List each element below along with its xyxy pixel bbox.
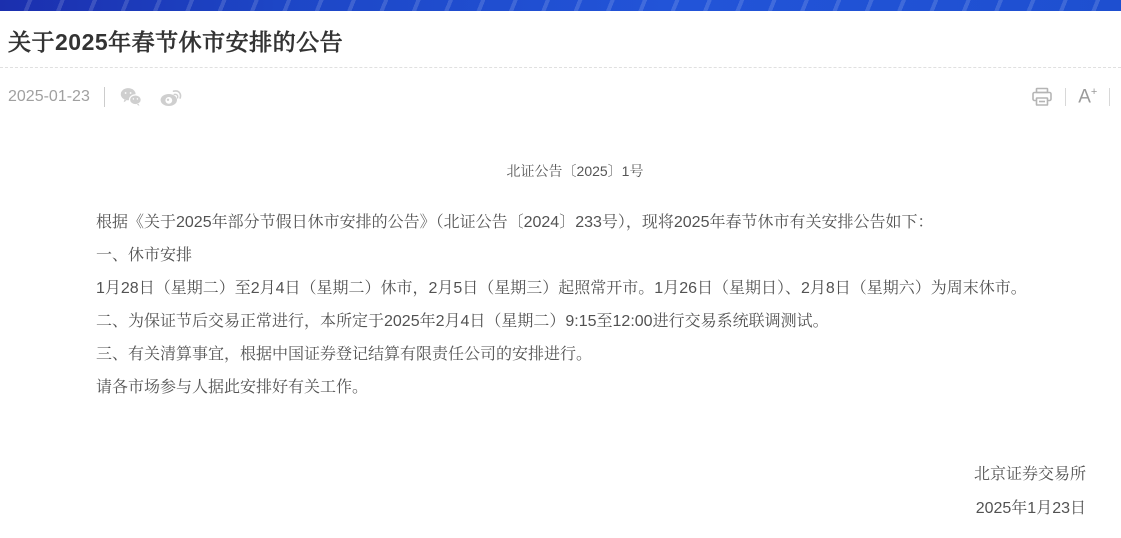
paragraph: 三、有关清算事宜，根据中国证券登记结算有限责任公司的安排进行。 bbox=[64, 338, 1086, 371]
page-title: 关于2025年春节休市安排的公告 bbox=[8, 24, 1111, 57]
print-icon[interactable] bbox=[1031, 87, 1053, 107]
page-tools: A+ A bbox=[1031, 87, 1121, 107]
divider bbox=[1109, 88, 1110, 106]
signature-org: 北京证券交易所 bbox=[64, 458, 1086, 492]
divider bbox=[1065, 88, 1066, 106]
font-increase-label: A bbox=[1078, 87, 1091, 108]
signature-block: 北京证券交易所 2025年1月23日 bbox=[64, 458, 1086, 526]
paragraph: 1月28日（星期二）至2月4日（星期二）休市，2月5日（星期三）起照常开市。1月… bbox=[64, 272, 1086, 305]
meta-row: 2025-01-23 bbox=[0, 68, 1121, 126]
announcement-body: 北证公告〔2025〕1号 根据《关于2025年部分节假日休市安排的公告》（北证公… bbox=[0, 126, 1121, 526]
font-increase-button[interactable]: A+ bbox=[1078, 87, 1097, 106]
paragraph: 一、休市安排 bbox=[64, 239, 1086, 272]
title-bar: 关于2025年春节休市安排的公告 bbox=[0, 11, 1121, 68]
weibo-share-icon[interactable] bbox=[159, 86, 183, 108]
divider bbox=[104, 87, 105, 107]
wechat-share-icon[interactable] bbox=[119, 86, 143, 108]
font-increase-sign: + bbox=[1091, 86, 1097, 98]
signature-date: 2025年1月23日 bbox=[64, 492, 1086, 526]
paragraph: 请各市场参与人据此安排好有关工作。 bbox=[64, 371, 1086, 404]
doc-number: 北证公告〔2025〕1号 bbox=[64, 162, 1086, 180]
paragraph: 二、为保证节后交易正常进行，本所定于2025年2月4日（星期二）9:15至12:… bbox=[64, 305, 1086, 338]
paragraph: 根据《关于2025年部分节假日休市安排的公告》（北证公告〔2024〕233号），… bbox=[64, 206, 1086, 239]
publish-date: 2025-01-23 bbox=[8, 88, 90, 106]
share-buttons bbox=[119, 86, 183, 108]
site-header-banner bbox=[0, 0, 1121, 11]
